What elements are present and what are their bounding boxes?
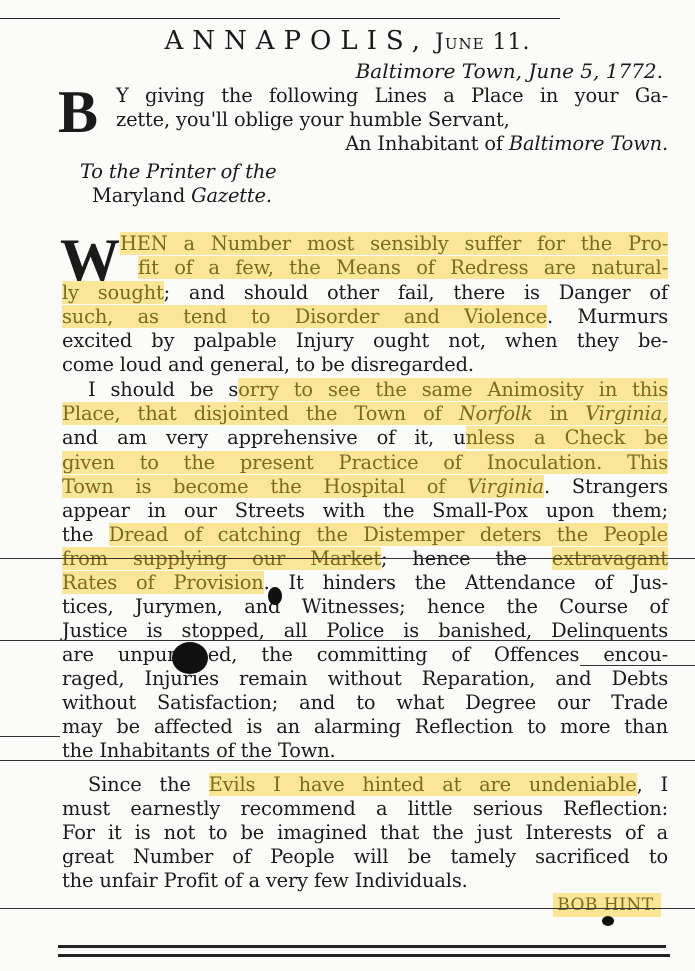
masthead-date: June 11. [435, 30, 531, 55]
letter-line: Rates of Provision. It hinders the Atten… [62, 571, 668, 595]
letter-line: given to the present Practice of Inocula… [62, 451, 668, 475]
intro-line: zette, you'll oblige your humble Servant… [116, 108, 668, 132]
letter-line: and am very apprehensive of it, unless a… [62, 426, 668, 450]
newspaper-page: ANNAPOLIS,June 11. Baltimore Town, June … [0, 0, 695, 971]
letter-line: are unpunished, the committing of Offenc… [62, 643, 668, 667]
footer-rule [58, 945, 666, 948]
scan-line [0, 558, 695, 559]
top-rule [0, 18, 560, 19]
letter-line: For it is not to be imagined that the ju… [62, 821, 668, 845]
letter-line: come loud and general, to be disregarded… [62, 353, 668, 377]
intro-line: Y giving the following Lines a Place in … [116, 84, 668, 108]
address-line: To the Printer of the [80, 160, 686, 184]
letter-line: such, as tend to Disorder and Violence. … [62, 305, 668, 329]
masthead: ANNAPOLIS,June 11. [0, 26, 695, 58]
scan-line [0, 736, 60, 737]
scan-line [0, 760, 695, 761]
letter-line: HEN a Number most sensibly suffer for th… [120, 232, 668, 256]
letter-line: great Number of People will be tamely sa… [62, 845, 668, 869]
letter-line: may be affected is an alarming Reflectio… [62, 715, 668, 739]
address-line: Maryland Gazette. [92, 184, 695, 208]
letter-line: the Dread of catching the Distemper dete… [62, 523, 668, 547]
letter-line: without Satisfaction; and to what Degree… [62, 691, 668, 715]
letter-line: fit of a few, the Means of Redress are n… [138, 256, 668, 280]
scan-line [0, 640, 695, 641]
scan-line [580, 665, 695, 666]
footer-rule [58, 954, 670, 957]
letter-line: must earnestly recommend a little seriou… [62, 797, 668, 821]
ink-blot [268, 587, 282, 605]
letter-line: ly sought; and should other fail, there … [62, 281, 668, 305]
signature: BOB HINT. [553, 893, 661, 917]
letter-line: excited by palpable Injury ought not, wh… [62, 329, 668, 353]
scan-line [0, 908, 695, 909]
ink-blot [172, 642, 208, 674]
letter-line: Town is become the Hospital of Virginia.… [62, 475, 668, 499]
letter-line: I should be sorry to see the same Animos… [88, 378, 668, 402]
letter-line: tices, Jurymen, and Witnesses; hence the… [62, 595, 668, 619]
masthead-place: ANNAPOLIS, [164, 26, 429, 56]
letter-line: appear in our Streets with the Small-Pox… [62, 499, 668, 523]
letter-line: the unfair Profit of a very few Individu… [62, 869, 668, 893]
letter-line: from supplying our Market; hence the ext… [62, 547, 668, 571]
dropcap-w: W [60, 232, 120, 288]
ink-blot [602, 916, 614, 926]
letter-line: Place, that disjointed the Town of Norfo… [62, 402, 668, 426]
letter-line: Since the Evils I have hinted at are und… [88, 773, 668, 797]
letter-line: raged, Injuries remain without Reparatio… [62, 667, 668, 691]
intro-signoff: An Inhabitant of Baltimore Town. [62, 132, 668, 156]
dateline: Baltimore Town, June 5, 1772. [356, 59, 663, 83]
